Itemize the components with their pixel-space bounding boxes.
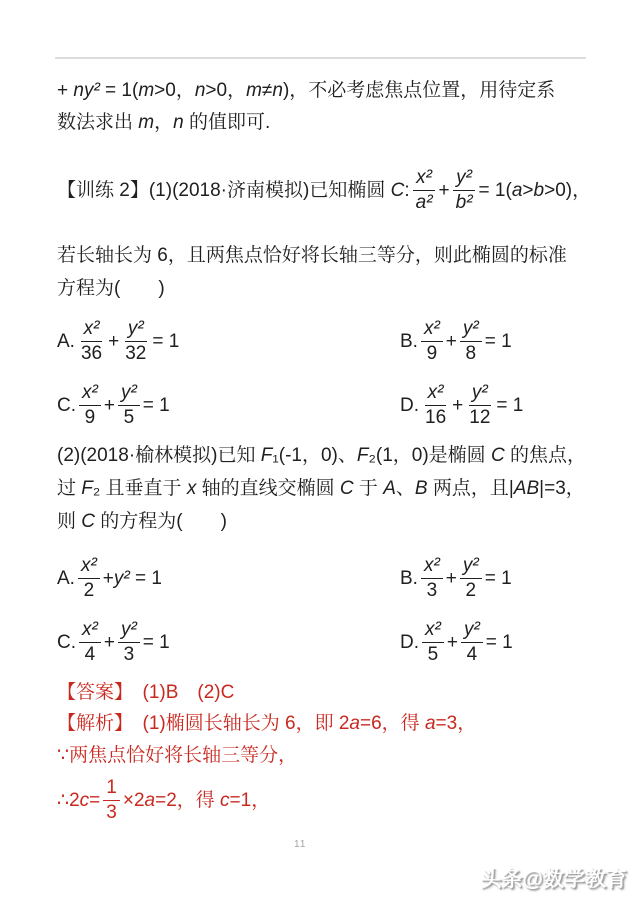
fraction: y²12 [466, 382, 493, 428]
option-1-c: C.x²9+y²5= 1 [57, 381, 400, 429]
fraction: x²4 [79, 619, 101, 665]
option-2-c: C.x²4+y²3= 1 [57, 618, 400, 666]
fraction: x²36 [78, 318, 105, 364]
q1-options: A.x²36+y²32= 1 B.x²9+y²8= 1 C.x²9+y²5= 1… [57, 317, 600, 429]
option-2-b: B.x²3+y²2= 1 [400, 554, 600, 602]
fraction: y²32 [122, 318, 149, 364]
page: { "colors": { "text": "#202020", "answer… [0, 0, 640, 904]
q2-line-2: 过 F₂ 且垂直于 x 轴的直线交椭圆 C 于 A、B 两点，且|AB|=3， [57, 472, 600, 505]
analysis-line-2: ∵两焦点恰好将长轴三等分， [57, 740, 600, 772]
document-body: + ny² = 1(m>0，n>0，m≠n)，不必考虑焦点位置，用待定系 数法求… [57, 76, 600, 824]
train2-heading-formula: 【训练 2】(1)(2018·济南模拟)已知椭圆 C:x²a²+y²b²= 1(… [57, 161, 600, 219]
analysis-line-3: ∴2c=13×2a=2，得 c=1， [57, 776, 600, 824]
fraction: x²3 [421, 555, 443, 601]
option-2-d: D.x²5+y²4= 1 [400, 618, 600, 666]
fraction: 13 [103, 777, 120, 823]
q2-line-3: 则 C 的方程为( ) [57, 505, 600, 538]
intro-line-1: + ny² = 1(m>0，n>0，m≠n)，不必考虑焦点位置，用待定系 [57, 76, 600, 106]
train2-line-3: 方程为( ) [57, 272, 600, 305]
option-2-a: A.x²2+y² = 1 [57, 554, 400, 602]
fraction: x²9 [79, 382, 101, 428]
intro-line-2: 数法求出 m，n 的值即可. [57, 106, 600, 139]
fraction: x²2 [78, 555, 100, 601]
fraction: x²16 [422, 382, 449, 428]
fraction: y²3 [118, 619, 140, 665]
top-rule [55, 57, 586, 59]
option-1-b: B.x²9+y²8= 1 [400, 317, 600, 365]
analysis-line-1: 【解析】 (1)椭圆长轴长为 6，即 2a=6，得 a=3， [57, 708, 600, 740]
fraction: y²5 [118, 382, 140, 428]
page-number: 11 [294, 839, 306, 850]
fraction: x²9 [421, 318, 443, 364]
fraction: x²a² [413, 167, 436, 213]
fraction: x²5 [422, 619, 444, 665]
answer-line: 【答案】 (1)B (2)C [57, 678, 600, 708]
fraction: y²8 [460, 318, 482, 364]
fraction: y²4 [461, 619, 483, 665]
option-1-d: D.x²16+y²12= 1 [400, 381, 600, 429]
train2-line-2: 若长轴长为 6，且两焦点恰好将长轴三等分，则此椭圆的标准 [57, 239, 600, 272]
watermark: 头条@数学教育 [481, 863, 627, 893]
q2-line-1: (2)(2018·榆林模拟)已知 F₁(-1，0)、F₂(1，0)是椭圆 C 的… [57, 439, 600, 472]
q2-options: A.x²2+y² = 1 B.x²3+y²2= 1 C.x²4+y²3= 1 D… [57, 554, 600, 666]
option-1-a: A.x²36+y²32= 1 [57, 317, 400, 365]
fraction: y²b² [453, 167, 476, 213]
fraction: y²2 [460, 555, 482, 601]
